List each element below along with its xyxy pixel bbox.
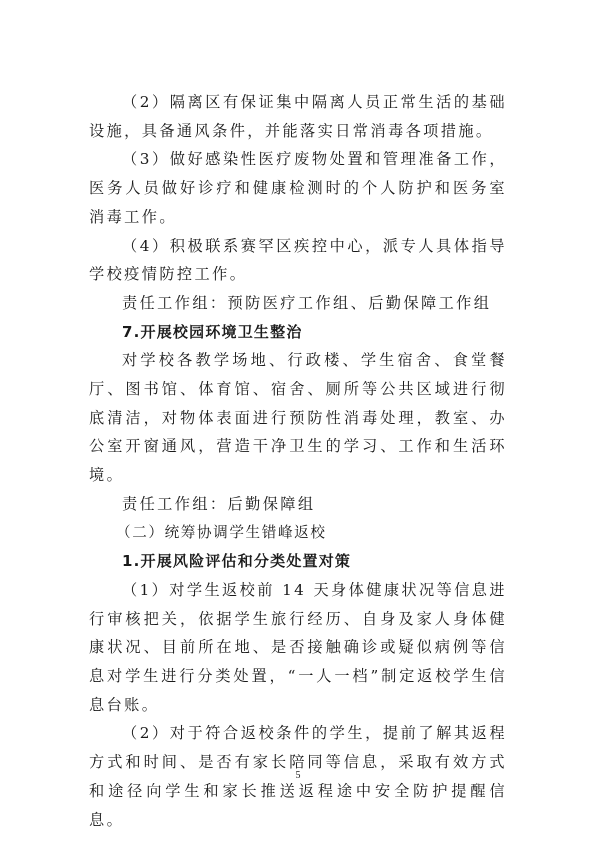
responsible-group-line: 责任工作组：后勤保障组: [89, 490, 507, 519]
paragraph-medical-waste: （3）做好感染性医疗废物处置和管理准备工作，医务人员做好诊疗和健康检测时的个人防…: [89, 145, 507, 231]
paragraph-isolation-facilities: （2）隔离区有保证集中隔离人员正常生活的基础设施，具备通风条件，并能落实日常消毒…: [89, 88, 507, 145]
heading-campus-sanitation: 7.开展校园环境卫生整治: [89, 318, 507, 347]
section-heading-staggered-return: （二）统筹协调学生错峰返校: [89, 519, 507, 548]
document-page: （2）隔离区有保证集中隔离人员正常生活的基础设施，具备通风条件，并能落实日常消毒…: [0, 0, 596, 842]
page-number: 5: [0, 770, 596, 781]
responsible-group-line: 责任工作组：预防医疗工作组、后勤保障工作组: [89, 289, 507, 318]
document-body: （2）隔离区有保证集中隔离人员正常生活的基础设施，具备通风条件，并能落实日常消毒…: [89, 88, 507, 834]
paragraph-cleaning: 对学校各教学场地、行政楼、学生宿舍、食堂餐厅、图书馆、体育馆、宿舍、厕所等公共区…: [89, 346, 507, 490]
heading-risk-assessment: 1.开展风险评估和分类处置对策: [89, 547, 507, 576]
paragraph-cdc-contact: （4）积极联系赛罕区疾控中心，派专人具体指导学校疫情防控工作。: [89, 232, 507, 289]
paragraph-health-review: （1）对学生返校前 14 天身体健康状况等信息进行审核把关，依据学生旅行经历、自…: [89, 576, 507, 720]
